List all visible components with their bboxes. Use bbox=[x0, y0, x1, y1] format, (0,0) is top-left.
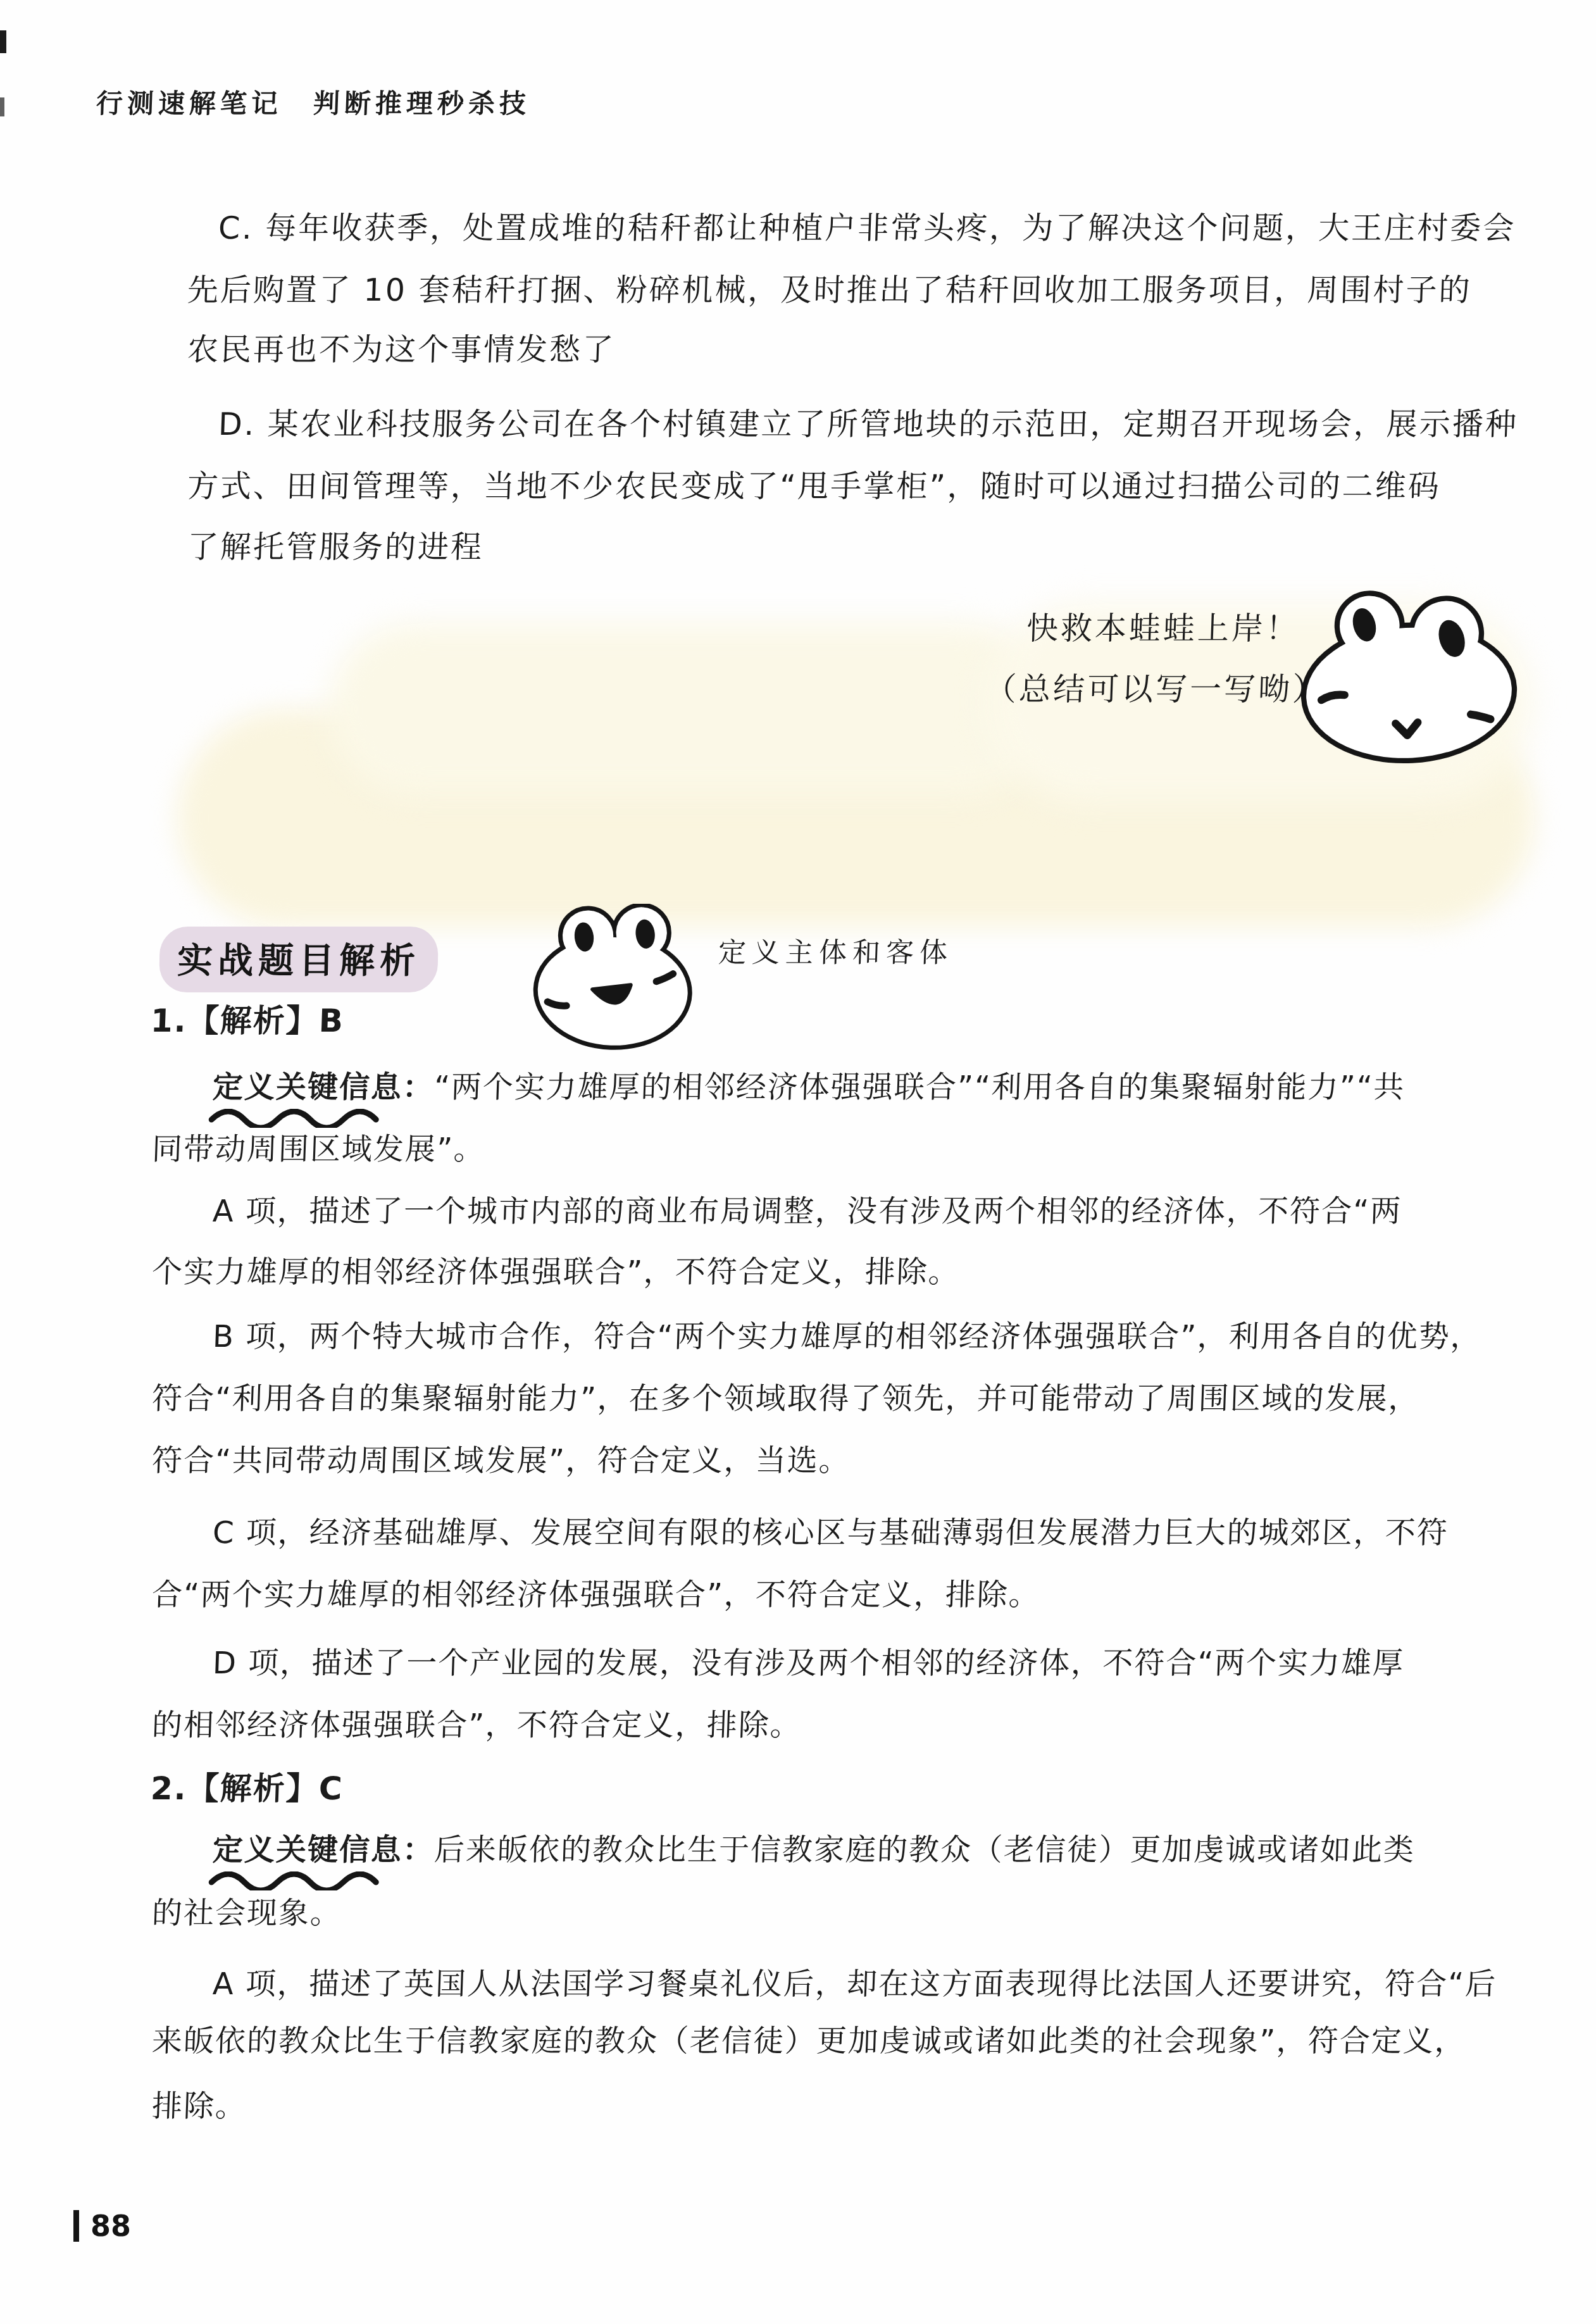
analysis-1-line: 的相邻经济体强强联合”，不符合定义，排除。 bbox=[151, 1706, 802, 1744]
option-c-line3: 农民再也不为这个事情发愁了 bbox=[187, 330, 616, 369]
section-annotation: 定义主体和客体 bbox=[718, 935, 954, 970]
key-info-label: 定义关键信息： bbox=[212, 1832, 435, 1868]
option-d-line1: D. 某农业科技服务公司在各个村镇建立了所管地块的示范田，定期召开现场会，展示播… bbox=[218, 405, 1519, 444]
option-c-line2: 先后购置了 10 套秸秆打捆、粉碎机械，及时推出了秸秆回收加工服务项目，周围村子… bbox=[187, 271, 1473, 309]
analysis-2-line: 排除。 bbox=[151, 2087, 247, 2125]
book-page: 行测速解笔记 判断推理秒杀技 C. 每年收获季，处置成堆的秸秆都让种植户非常头疼… bbox=[0, 0, 1596, 2324]
option-c-line1: C. 每年收获季，处置成堆的秸秆都让种植户非常头疼，为了解决这个问题，大王庄村委… bbox=[218, 209, 1517, 247]
analysis-2-label: 2.【解析】C bbox=[150, 1769, 344, 1809]
analysis-2-keyline: 定义关键信息： 后来皈依的教众比生于信教家庭的教众（老信徒）更加虔诚或诸如此类 bbox=[212, 1831, 1416, 1869]
page-number-divider bbox=[73, 2210, 79, 2242]
page-number: 88 bbox=[73, 2209, 131, 2243]
frog-happy-icon bbox=[530, 904, 702, 1053]
highlight-wash bbox=[329, 623, 1050, 794]
analysis-1-keyline: 定义关键信息： “两个实力雄厚的相邻经济体强强联合”“利用各自的集聚辐射能力”“… bbox=[212, 1068, 1406, 1106]
frog-wink-icon bbox=[1294, 584, 1522, 766]
analysis-1-line: 个实力雄厚的相邻经济体强强联合”，不符合定义，排除。 bbox=[151, 1253, 961, 1291]
frog-note-line1: 快救本蛙蛙上岸！ bbox=[1026, 609, 1300, 649]
analysis-2-line: 的社会现象。 bbox=[151, 1894, 342, 1932]
analysis-1-line: 合“两个实力雄厚的相邻经济体强强联合”，不符合定义，排除。 bbox=[151, 1576, 1041, 1614]
analysis-1-line: 同带动周围区域发展”。 bbox=[151, 1130, 486, 1168]
scan-edge-mark bbox=[0, 30, 6, 53]
page-number-value: 88 bbox=[90, 2209, 131, 2243]
option-d-line2: 方式、田间管理等，当地不少农民变成了“甩手掌柜”，随时可以通过扫描公司的二维码 bbox=[187, 467, 1442, 506]
analysis-1-line: 符合“共同带动周围区域发展”，符合定义，当选。 bbox=[151, 1442, 851, 1480]
analysis-1-line: B 项，两个特大城市合作，符合“两个实力雄厚的相邻经济体强强联合”，利用各自的优… bbox=[212, 1318, 1483, 1356]
wavy-underline bbox=[208, 1871, 380, 1890]
key-info-text: 后来皈依的教众比生于信教家庭的教众（老信徒）更加虔诚或诸如此类 bbox=[433, 1832, 1416, 1868]
wavy-underline bbox=[208, 1109, 380, 1128]
analysis-1-line: A 项，描述了一个城市内部的商业布局调整，没有涉及两个相邻的经济体，不符合“两 bbox=[212, 1192, 1402, 1230]
analysis-1-label: 1.【解析】B bbox=[150, 1001, 345, 1041]
analysis-1-line: C 项，经济基础雄厚、发展空间有限的核心区与基础薄弱但发展潜力巨大的城郊区，不符 bbox=[212, 1514, 1449, 1552]
key-info-label: 定义关键信息： bbox=[212, 1070, 435, 1105]
frog-note-line2: （总结可以写一写呦） bbox=[984, 670, 1327, 709]
analysis-2-line: 来皈依的教众比生于信教家庭的教众（老信徒）更加虔诚或诸如此类的社会现象”，符合定… bbox=[151, 2022, 1467, 2060]
option-d-line3: 了解托管服务的进程 bbox=[187, 528, 484, 566]
analysis-1-line: 符合“利用各自的集聚辐射能力”，在多个领域取得了领先，并可能带动了周围区域的发展… bbox=[151, 1380, 1421, 1418]
page-header-title: 行测速解笔记 判断推理秒杀技 bbox=[96, 87, 531, 121]
section-title: 实战题目解析 bbox=[159, 927, 439, 992]
key-info-text: “两个实力雄厚的相邻经济体强强联合”“利用各自的集聚辐射能力”“共 bbox=[433, 1070, 1406, 1105]
analysis-2-line: A 项，描述了英国人从法国学习餐桌礼仪后，却在这方面表现得比法国人还要讲究，符合… bbox=[212, 1965, 1497, 2003]
scan-edge-mark bbox=[0, 97, 4, 116]
analysis-1-line: D 项，描述了一个产业园的发展，没有涉及两个相邻的经济体，不符合“两个实力雄厚 bbox=[212, 1644, 1405, 1682]
